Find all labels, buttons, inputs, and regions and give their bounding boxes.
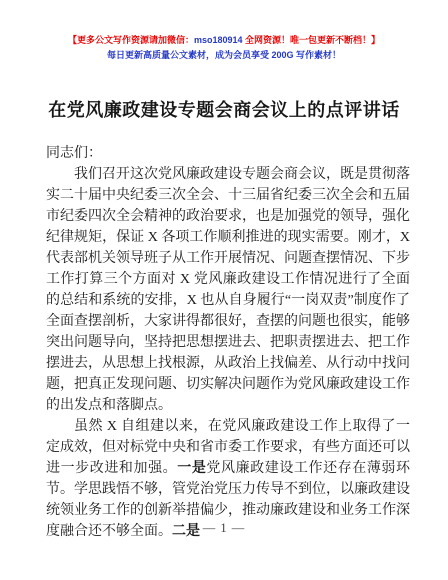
promo-banner-line1: 【更多公文写作资源请加微信：mso180914 全网资源！唯一包更新不断档！】 [0, 34, 448, 47]
promo-text-suffix: 全网资源！唯一包更新不断档！】 [243, 35, 381, 45]
page-number: — 1 — [0, 521, 448, 536]
salutation: 同志们： [46, 143, 410, 164]
paragraph: 我们召开这次党风廉政建设专题会商会议，既是贯彻落实二十届中央纪委三次全会、十三届… [46, 164, 410, 416]
promo-wechat-id: mso180914 [194, 35, 243, 45]
document-title: 在党风廉政建设专题会商会议上的点评讲话 [28, 98, 420, 122]
document-page: 【更多公文写作资源请加微信：mso180914 全网资源！唯一包更新不断档！】 … [0, 0, 448, 580]
promo-banner: 【更多公文写作资源请加微信：mso180914 全网资源！唯一包更新不断档！】 … [0, 34, 448, 62]
bold-marker: 一是 [177, 461, 206, 476]
body-text: 我们召开这次党风廉政建设专题会商会议，既是贯彻落实二十届中央纪委三次全会、十三届… [46, 167, 410, 413]
promo-banner-line2: 每日更新高质量公文素材，成为会员享受 200G 写作素材！ [0, 49, 448, 62]
promo-text-prefix: 【更多公文写作资源请加微信： [68, 35, 194, 45]
document-body: 同志们： 我们召开这次党风廉政建设专题会商会议，既是贯彻落实二十届中央纪委三次全… [46, 143, 410, 542]
document-paragraphs: 我们召开这次党风廉政建设专题会商会议，既是贯彻落实二十届中央纪委三次全会、十三届… [46, 164, 410, 542]
